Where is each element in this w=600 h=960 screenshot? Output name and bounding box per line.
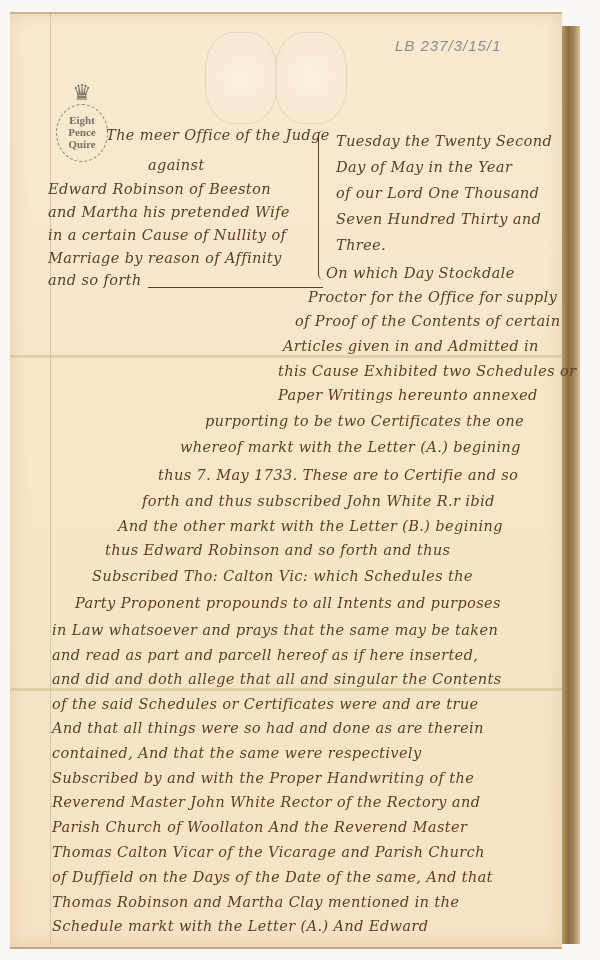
body-line: whereof markt with the Letter (A.) begin… — [180, 440, 521, 456]
body-line: thus Edward Robinson and so forth and th… — [105, 543, 450, 559]
embossed-seal — [205, 32, 277, 124]
caption-line: The meer Office of the Judge — [106, 128, 330, 144]
caption-line: Marriage by reason of Affinity — [48, 251, 282, 267]
caption-line: against — [148, 158, 205, 174]
duty-stamp: ♛ Eight Pence Quire — [56, 82, 108, 168]
stamp-line: Pence — [68, 127, 95, 139]
date-line: of our Lord One Thousand — [336, 186, 539, 202]
crown-icon: ♛ — [56, 82, 108, 104]
body-line: On which Day Stockdale — [326, 266, 515, 282]
date-line: Seven Hundred Thirty and — [336, 212, 541, 228]
caption-underline — [148, 287, 323, 288]
date-line: Tuesday the Twenty Second — [336, 134, 552, 150]
caption-line: and so forth — [48, 273, 142, 289]
fold-crease — [10, 688, 562, 691]
caption-line: in a certain Cause of Nullity of — [48, 228, 286, 244]
stamp-line: Eight — [69, 115, 95, 127]
body-line: Party Proponent propounds to all Intents… — [75, 596, 501, 612]
body-line: And that all things were so had and done… — [52, 721, 484, 737]
caption-line: and Martha his pretended Wife — [48, 205, 290, 221]
body-line: Subscribed by and with the Proper Handwr… — [52, 771, 474, 787]
body-line: And the other markt with the Letter (B.)… — [118, 519, 503, 535]
body-line: forth and thus subscribed John White R.r… — [142, 494, 495, 510]
body-line: of the said Schedules or Certificates we… — [52, 697, 479, 713]
body-line: this Cause Exhibited two Schedules or — [278, 364, 576, 380]
body-line: in Law whatsoever and prays that the sam… — [52, 623, 498, 639]
body-line: Articles given in and Admitted in — [283, 339, 539, 355]
stamp-line: Quire — [68, 139, 95, 151]
body-line: purporting to be two Certificates the on… — [205, 414, 524, 430]
body-line: Subscribed Tho: Calton Vic: which Schedu… — [92, 569, 473, 585]
body-line: of Duffield on the Days of the Date of t… — [52, 870, 493, 886]
body-line: Thomas Robinson and Martha Clay mentione… — [52, 895, 459, 911]
body-line: contained, And that the same were respec… — [52, 746, 422, 762]
body-line: and read as part and parcell hereof as i… — [52, 648, 478, 664]
fold-crease — [10, 355, 562, 358]
body-line: Parish Church of Woollaton And the Rever… — [52, 820, 467, 836]
caption-line: Edward Robinson of Beeston — [48, 182, 271, 198]
body-line: Schedule markt with the Letter (A.) And … — [52, 919, 428, 935]
body-line: Paper Writings hereunto annexed — [278, 388, 538, 404]
archive-reference: LB 237/3/15/1 — [395, 38, 501, 55]
body-line: Reverend Master John White Rector of the… — [52, 795, 480, 811]
embossed-seal — [275, 32, 347, 124]
body-line: of Proof of the Contents of certain — [295, 314, 560, 330]
page-spine-edge — [562, 26, 580, 944]
body-line: and did and doth allege that all and sin… — [52, 672, 502, 688]
body-line: Proctor for the Office for supply — [308, 290, 557, 306]
date-line: Three. — [336, 238, 386, 254]
body-line: Thomas Calton Vicar of the Vicarage and … — [52, 845, 485, 861]
body-line: thus 7. May 1733. These are to Certifie … — [158, 468, 518, 484]
date-line: Day of May in the Year — [336, 160, 512, 176]
brace — [318, 130, 329, 280]
margin-rule — [50, 14, 51, 944]
